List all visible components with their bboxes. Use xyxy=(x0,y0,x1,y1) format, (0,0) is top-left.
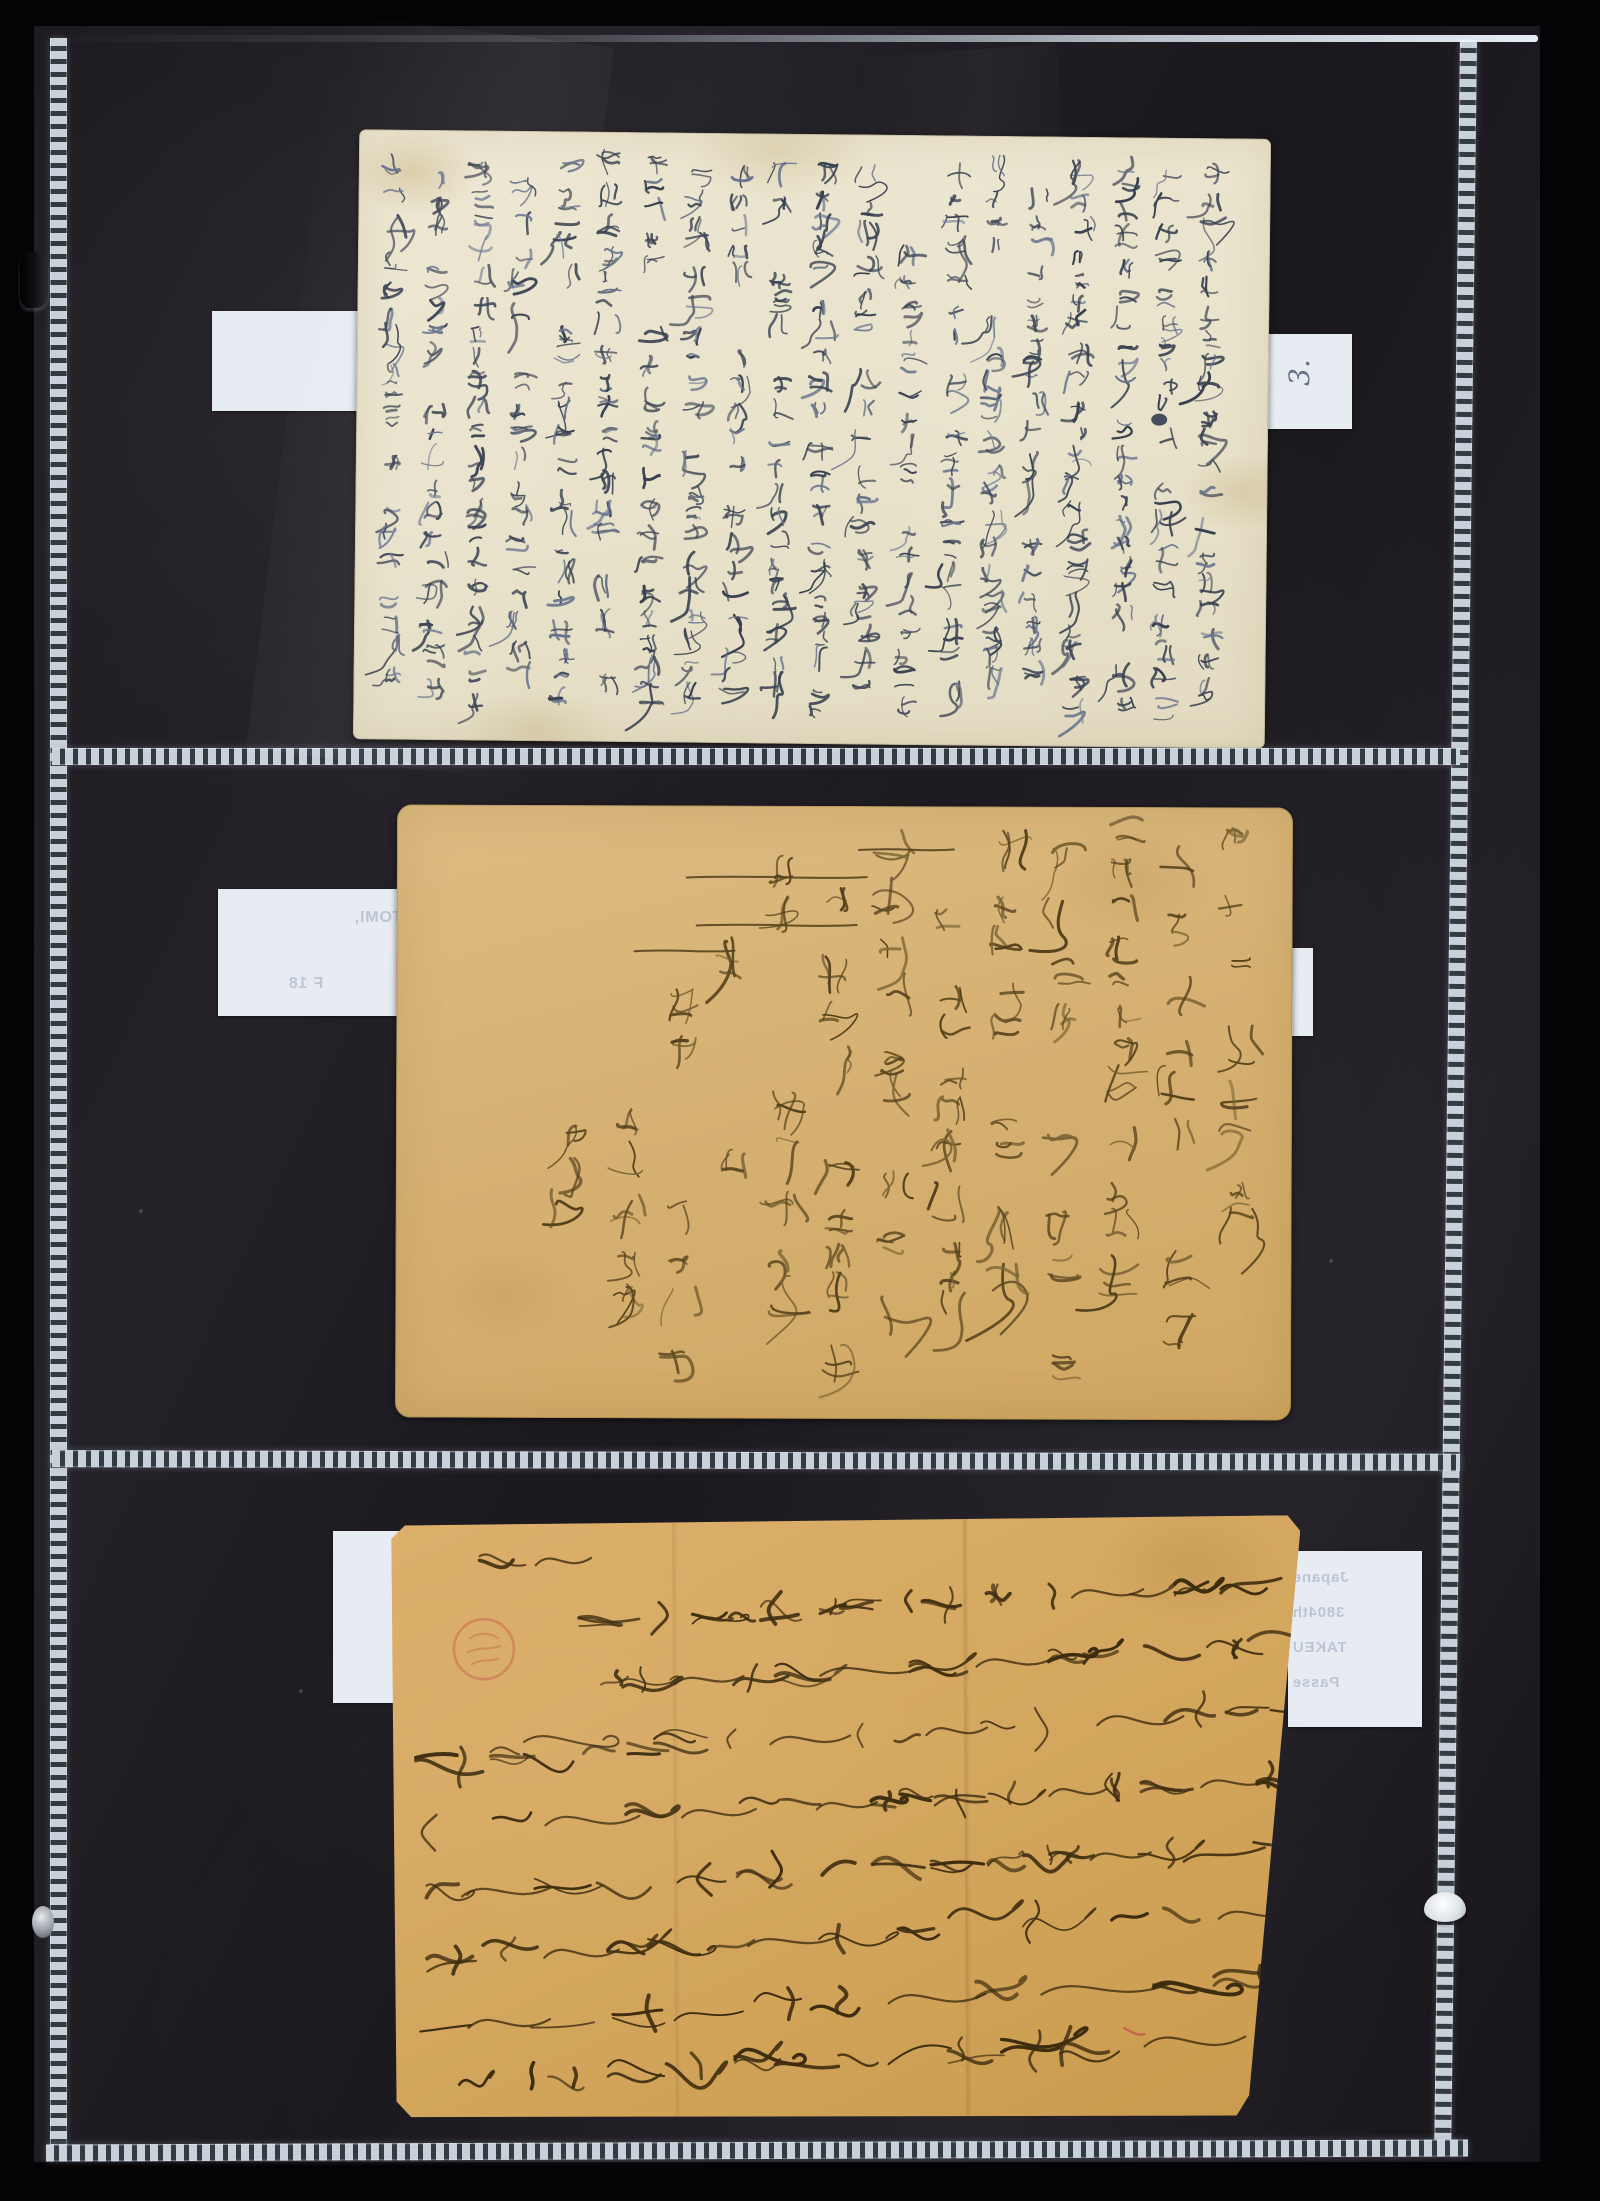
sleeve-stitch-row-divider-1 xyxy=(52,748,1460,765)
ghost-text-passe: Passe xyxy=(1292,1674,1339,1691)
binder-ring-right xyxy=(1424,1892,1466,1922)
postcard-middle xyxy=(395,804,1293,1420)
dust-specks xyxy=(0,0,2,2)
ghost-text-3804th: 3804th xyxy=(1292,1604,1344,1621)
binder-tab-left xyxy=(20,252,48,308)
inventory-label-middle-left: TOMI, F 18 xyxy=(218,889,408,1016)
sleeve-stitch-left xyxy=(50,38,67,2152)
ink-blot xyxy=(1151,414,1167,426)
page-top-edge-highlight xyxy=(36,35,1538,42)
album-page-photo: 3. TOMI, F 18 Japane 3804th TAKEU Passe xyxy=(0,0,1600,2201)
ghost-text-japane: Japane xyxy=(1292,1569,1349,1586)
ghost-text-tomi: TOMI, xyxy=(354,909,402,927)
page-number-note: 3. xyxy=(1283,359,1316,386)
inventory-label-top-left xyxy=(212,311,380,411)
handwriting-top xyxy=(353,129,1271,749)
postcard-top xyxy=(353,129,1271,749)
ghost-text-f18: F 18 xyxy=(288,975,323,993)
binder-rivet-left xyxy=(32,1906,54,1938)
inventory-label-bottom-right: Japane 3804th TAKEU Passe xyxy=(1288,1551,1422,1727)
postcard-bottom xyxy=(391,1515,1304,2121)
ghost-text-takeu: TAKEU xyxy=(1292,1639,1347,1656)
handwriting-bottom xyxy=(391,1515,1304,2121)
handwriting-middle xyxy=(395,804,1293,1420)
